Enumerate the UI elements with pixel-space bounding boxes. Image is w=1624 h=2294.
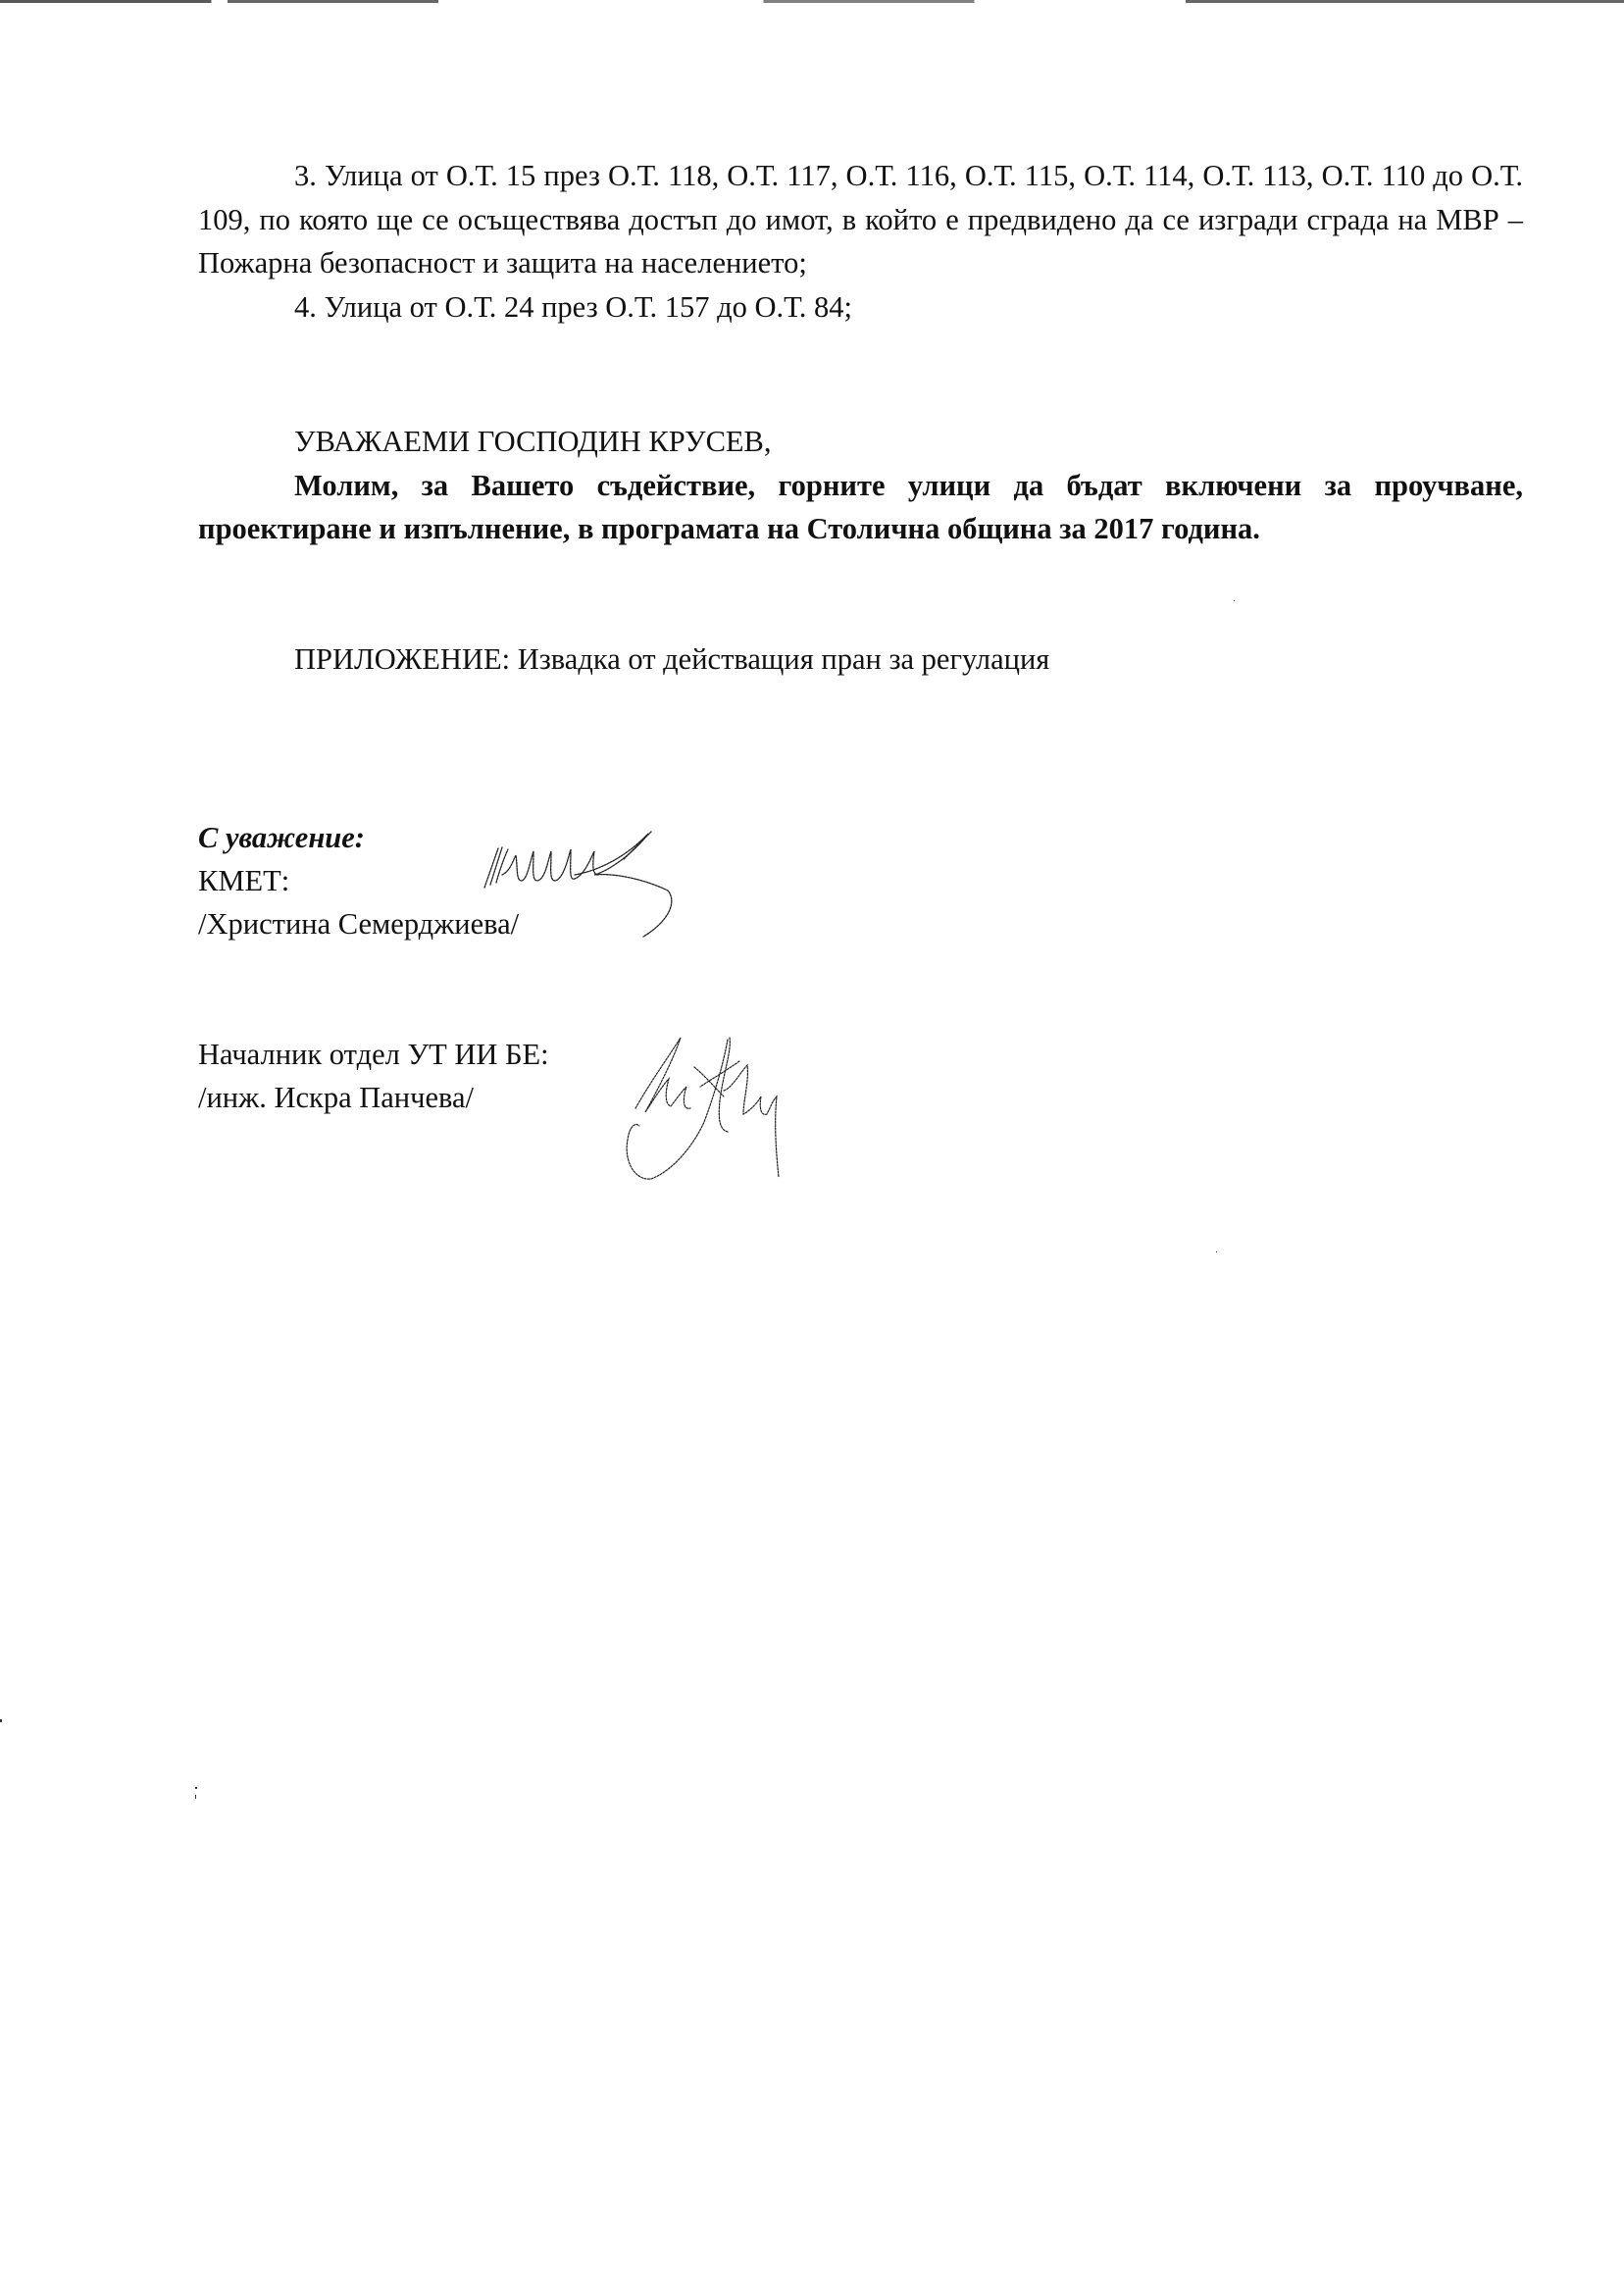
mayor-name: /Христина Семерджиева/ bbox=[198, 902, 519, 945]
chief-signature-icon bbox=[622, 1032, 788, 1189]
request-paragraph: Молим, за Вашето съдействие, горните ули… bbox=[198, 464, 1523, 551]
scan-speck bbox=[1234, 600, 1235, 601]
request-section: УВАЖАЕМИ ГОСПОДИН КРУСЕВ, Молим, за Ваше… bbox=[198, 420, 1523, 551]
attachment-section: ПРИЛОЖЕНИЕ: Извадка от действащия пран з… bbox=[198, 637, 1523, 682]
chief-signature-block: Началник отдел УТ ИИ БЕ: /инж. Искра Пан… bbox=[198, 1033, 549, 1119]
street-item-4: 4. Улица от О.Т. 24 през О.Т. 157 до О.Т… bbox=[198, 285, 1523, 330]
salutation: С уважение: bbox=[198, 816, 519, 859]
scan-speck bbox=[195, 1795, 196, 1799]
greeting: УВАЖАЕМИ ГОСПОДИН КРУСЕВ, bbox=[198, 420, 1523, 464]
chief-name: /инж. Искра Панчева/ bbox=[198, 1076, 549, 1119]
attachment-note: ПРИЛОЖЕНИЕ: Извадка от действащия пран з… bbox=[198, 637, 1523, 682]
scan-edge-artifact bbox=[0, 0, 1624, 3]
mayor-title: КМЕТ: bbox=[198, 859, 519, 902]
street-item-3: 3. Улица от О.Т. 15 през О.Т. 118, О.Т. … bbox=[198, 154, 1523, 285]
scan-speck bbox=[0, 1719, 2, 1722]
chief-title: Началник отдел УТ ИИ БЕ: bbox=[198, 1033, 549, 1076]
scan-speck bbox=[195, 1787, 197, 1789]
mayor-signature-block: С уважение: КМЕТ: /Христина Семерджиева/ bbox=[198, 816, 519, 945]
scan-speck bbox=[1216, 1251, 1217, 1252]
street-list: 3. Улица от О.Т. 15 през О.Т. 118, О.Т. … bbox=[198, 154, 1523, 329]
